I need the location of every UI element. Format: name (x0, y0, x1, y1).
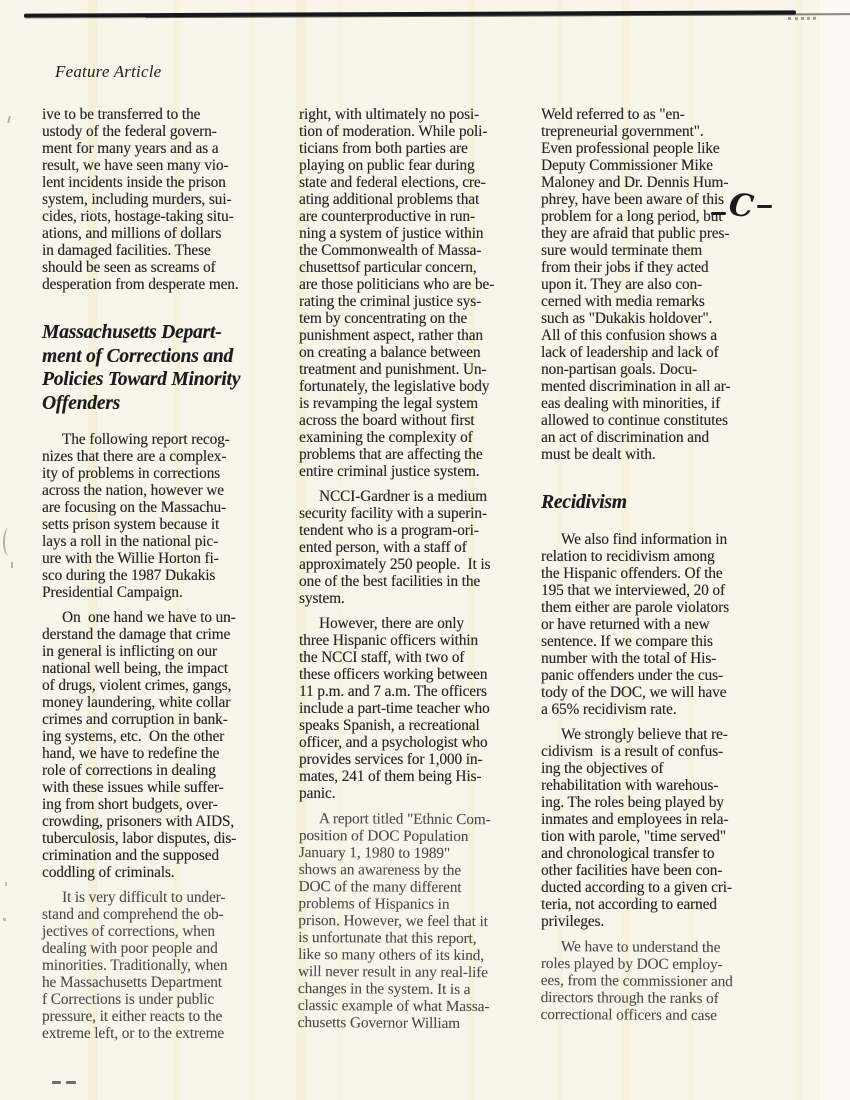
text-line: crimination and the supposed (42, 847, 288, 864)
text-line: are focusing on the Massachu- (42, 499, 288, 516)
text-line: from their jobs if they acted (541, 259, 795, 276)
text-line: nizes that there are a complex- (42, 448, 288, 465)
text-line: relation to recidivism among (541, 548, 795, 565)
text-line: prison. However, we feel that it (298, 912, 540, 930)
text-line: lack of leadership and lack of (541, 344, 795, 361)
text-line: teria, not according to earned (541, 896, 795, 913)
text-line: dealing with poor people and (42, 940, 288, 957)
text-line: ing from short budgets, over- (42, 796, 288, 813)
text-line: Offenders (42, 392, 288, 416)
text-line: non-partisan goals. Docu- (541, 361, 795, 378)
text-line: national well being, the impact (42, 660, 288, 677)
text-line: Policies Toward Minority (42, 368, 288, 392)
text-line: include a part-time teacher who (299, 700, 541, 717)
text-line: setts prison system because it (42, 516, 288, 533)
text-line: The following report recog- (42, 431, 288, 448)
text-line: officer, and a psychologist who (299, 734, 541, 751)
text-line: We also find information in (541, 531, 795, 548)
text-line: punishment aspect, rather than (299, 327, 541, 344)
text-line: hand, we have to redefine the (42, 745, 288, 762)
text-line: DOC of the many different (298, 878, 540, 896)
text-line: classic example of what Massa- (298, 997, 540, 1015)
text-line: On one hand we have to un- (42, 609, 288, 626)
text-line: with these issues while suffer- (42, 779, 288, 796)
text-line: system. (299, 590, 541, 607)
paragraph: A report titled "Ethnic Com-position of … (298, 810, 541, 1032)
text-line: We strongly believe that re- (541, 726, 795, 743)
text-line: extreme left, or to the extreme (42, 1025, 288, 1042)
text-line: such as "Dukakis holdover". (541, 310, 795, 327)
paragraph: NCCI-Gardner is a mediumsecurity facilit… (299, 488, 541, 607)
column: right, with ultimately no posi-tion of m… (299, 106, 541, 1039)
paragraph: However, there are onlythree Hispanic of… (299, 615, 541, 802)
text-line: tion with parole, "time served" (541, 828, 795, 845)
scan-artifact (3, 918, 6, 921)
text-line: ive to be transferred to the (42, 106, 288, 123)
text-line: fortunately, the legislative body (299, 378, 541, 395)
text-line: Maloney and Dr. Dennis Hum- (541, 174, 795, 191)
text-line: other facilities have been con- (541, 862, 795, 879)
scan-artifact (7, 116, 11, 123)
scan-artifact (3, 528, 14, 556)
text-line: sure would terminate them (541, 242, 795, 259)
column: ive to be transferred to theustody of th… (42, 106, 288, 1050)
text-line: stand and comprehend the ob- (42, 906, 288, 923)
text-line: money laundering, white collar (42, 694, 288, 711)
text-line: NCCI-Gardner is a medium (299, 488, 541, 505)
text-line: Presidential Campaign. (42, 584, 288, 601)
text-line: position of DOC Population (299, 827, 541, 845)
scan-artifact (11, 562, 13, 568)
text-line: they are afraid that public pres- (541, 225, 795, 242)
handwritten-annotation: C (711, 191, 772, 221)
bottom-scan-dash (66, 1081, 76, 1084)
text-line: cides, riots, hostage-taking situ- (42, 208, 288, 225)
text-line: chusetts Governor William (298, 1014, 540, 1032)
text-line: 11 p.m. and 7 a.m. The officers (299, 683, 541, 700)
text-line: privileges. (541, 913, 795, 930)
text-line: examining the complexity of (299, 429, 541, 446)
text-line: playing on public fear during (299, 157, 541, 174)
text-line: pressure, it either reacts to the (42, 1008, 288, 1025)
text-line: tody of the DOC, we will have (541, 684, 795, 701)
text-line: trepreneurial government". (541, 123, 795, 140)
paragraph: It is very difficult to under-stand and … (42, 889, 288, 1042)
paragraph: ive to be transferred to theustody of th… (42, 106, 288, 293)
text-line: problems of Hispanics in (298, 895, 540, 913)
text-line: ustody of the federal govern- (42, 123, 288, 140)
paragraph: Weld referred to as "en-trepreneurial go… (541, 106, 795, 463)
text-line: tendent who is a program-ori- (299, 522, 541, 539)
text-line: ure with the Willie Horton fi- (42, 550, 288, 567)
scan-rule-dots (788, 17, 816, 20)
text-line: tion of moderation. While poli- (299, 123, 541, 140)
text-line: sco during the 1987 Dukakis (42, 567, 288, 584)
text-line: provides services for 1,000 in- (299, 751, 541, 768)
text-line: mented discrimination in all ar- (541, 378, 795, 395)
text-line: cerned with media remarks (541, 293, 795, 310)
text-line: ented person, with a staff of (299, 539, 541, 556)
paragraph: The following report recog-nizes that th… (42, 431, 288, 601)
text-line: correctional officers and case (540, 1005, 794, 1024)
text-line: will never result in any real-life (298, 963, 540, 981)
text-line: is revamping the legal system (299, 395, 541, 412)
text-line: directors through the ranks of (541, 988, 795, 1007)
text-line: is unfortunate that this report, (298, 929, 540, 947)
annotation-dash-right (757, 205, 772, 208)
text-line: he Massachusetts Department (42, 974, 288, 991)
text-line: f Corrections is under public (42, 991, 288, 1008)
annotation-letter: C (727, 190, 755, 222)
text-line: three Hispanic officers within (299, 632, 541, 649)
paragraph: We also find information inrelation to r… (541, 531, 795, 718)
text-line: Massachusetts Depart- (42, 321, 288, 345)
text-line: ing the objectives of (541, 760, 795, 777)
text-line: right, with ultimately no posi- (299, 106, 541, 123)
text-line: role of corrections in dealing (42, 762, 288, 779)
text-line: chusettsof particular concern, (299, 259, 541, 276)
text-line: them either are parole violators (541, 599, 795, 616)
text-line: inmates and employees in rela- (541, 811, 795, 828)
text-line: panic offenders under the cus- (541, 667, 795, 684)
text-line: ducted according to a given cri- (541, 879, 795, 896)
text-line: ity of problems in corrections (42, 465, 288, 482)
paragraph: right, with ultimately no posi-tion of m… (299, 106, 541, 480)
text-line: jectives of corrections, when (42, 923, 288, 940)
text-line: across the nation, however we (42, 482, 288, 499)
text-line: allowed to continue constitutes (541, 412, 795, 429)
text-line: state and federal elections, cre- (299, 174, 541, 191)
text-line: crimes and corruption in bank- (42, 711, 288, 728)
text-line: cidivism is a result of confus- (541, 743, 795, 760)
paragraph: We have to understand theroles played by… (540, 938, 795, 1025)
text-line: ations, and millions of dollars (42, 225, 288, 242)
text-line: treatment and punishment. Un- (299, 361, 541, 378)
text-line: changes in the system. It is a (298, 980, 540, 998)
text-line: speaks Spanish, a recreational (299, 717, 541, 734)
page-kicker: Feature Article (55, 62, 161, 82)
text-line: Even professional people like (541, 140, 795, 157)
text-line: sentence. If we compare this (541, 633, 795, 650)
text-line: across the board without first (299, 412, 541, 429)
text-line: minorities. Traditionally, when (42, 957, 288, 974)
text-line: ing systems, etc. On the other (42, 728, 288, 745)
text-line: Weld referred to as "en- (541, 106, 795, 123)
text-line: However, there are only (299, 615, 541, 632)
text-line: the Commonwealth of Massa- (299, 242, 541, 259)
text-line: upon it. They are also con- (541, 276, 795, 293)
text-line: We have to understand the (541, 938, 795, 957)
text-line: tuberculosis, labor disputes, dis- (42, 830, 288, 847)
text-line: of drugs, violent crimes, gangs, (42, 677, 288, 694)
text-line: coddling of criminals. (42, 864, 288, 881)
text-line: result, we have seen many vio- (42, 157, 288, 174)
column: Weld referred to as "en-trepreneurial go… (541, 106, 795, 1031)
text-line: one of the best facilities in the (299, 573, 541, 590)
text-line: lays a roll in the national pic- (42, 533, 288, 550)
text-line: entire criminal justice system. (299, 463, 541, 480)
bottom-scan-dash (52, 1081, 61, 1084)
text-line: on creating a balance between (299, 344, 541, 361)
text-line: ning a system of justice within (299, 225, 541, 242)
text-line: ment for many years and as a (42, 140, 288, 157)
text-line: Recidivism (541, 491, 795, 515)
text-line: the NCCI staff, with two of (299, 649, 541, 666)
annotation-dash-left (711, 212, 726, 215)
text-line: an act of discrimination and (541, 429, 795, 446)
text-line: A report titled "Ethnic Com- (299, 810, 541, 828)
text-line: approximately 250 people. It is (299, 556, 541, 573)
text-line: lent incidents inside the prison (42, 174, 288, 191)
text-line: number with the total of His- (541, 650, 795, 667)
text-line: eas dealing with minorities, if (541, 395, 795, 412)
text-line: roles played by DOC employ- (541, 954, 795, 973)
scan-artifact (5, 882, 7, 886)
section-heading: Massachusetts Depart-ment of Corrections… (42, 321, 288, 415)
text-line: ment of Corrections and (42, 345, 288, 369)
text-line: are counterproductive in run- (299, 208, 541, 225)
text-line: security facility with a superin- (299, 505, 541, 522)
text-line: ating additional problems that (299, 191, 541, 208)
text-line: ing. The roles being played by (541, 794, 795, 811)
text-line: tem by concentrating on the (299, 310, 541, 327)
text-line: desperation from desperate men. (42, 276, 288, 293)
text-line: and chronological transfer to (541, 845, 795, 862)
text-line: the Hispanic offenders. Of the (541, 565, 795, 582)
text-line: ticians from both parties are (299, 140, 541, 157)
text-line: rehabilitation with warehous- (541, 777, 795, 794)
text-line: like so many others of its kind, (298, 946, 540, 964)
text-line: All of this confusion shows a (541, 327, 795, 344)
text-line: in damaged facilities. These (42, 242, 288, 259)
text-line: problems that are affecting the (299, 446, 541, 463)
text-line: or have returned with a new (541, 616, 795, 633)
text-line: panic. (299, 785, 541, 802)
top-scan-rule (24, 10, 796, 17)
text-line: rating the criminal justice sys- (299, 293, 541, 310)
text-line: 195 that we interviewed, 20 of (541, 582, 795, 599)
text-line: mates, 241 of them being His- (299, 768, 541, 785)
text-line: these officers working between (299, 666, 541, 683)
text-line: in general is inflicting on our (42, 643, 288, 660)
text-line: crowding, prisoners with AIDS, (42, 813, 288, 830)
text-line: a 65% recidivism rate. (541, 701, 795, 718)
text-line: It is very difficult to under- (42, 889, 288, 906)
text-line: Deputy Commissioner Mike (541, 157, 795, 174)
text-line: January 1, 1980 to 1989" (299, 844, 541, 862)
section-heading: Recidivism (541, 491, 795, 515)
text-line: system, including murders, sui- (42, 191, 288, 208)
text-line: derstand the damage that crime (42, 626, 288, 643)
scanned-article-page: Feature Article ive to be transferred to… (0, 0, 850, 1100)
text-line: shows an awareness by the (299, 861, 541, 879)
text-line: should be seen as screams of (42, 259, 288, 276)
text-line: are those politicians who are be- (299, 276, 541, 293)
paragraph: We strongly believe that re-cidivism is … (541, 726, 795, 930)
text-line: ees, from the commissioner and (541, 971, 795, 990)
paragraph: On one hand we have to un-derstand the d… (42, 609, 288, 881)
text-line: must be dealt with. (541, 446, 795, 463)
